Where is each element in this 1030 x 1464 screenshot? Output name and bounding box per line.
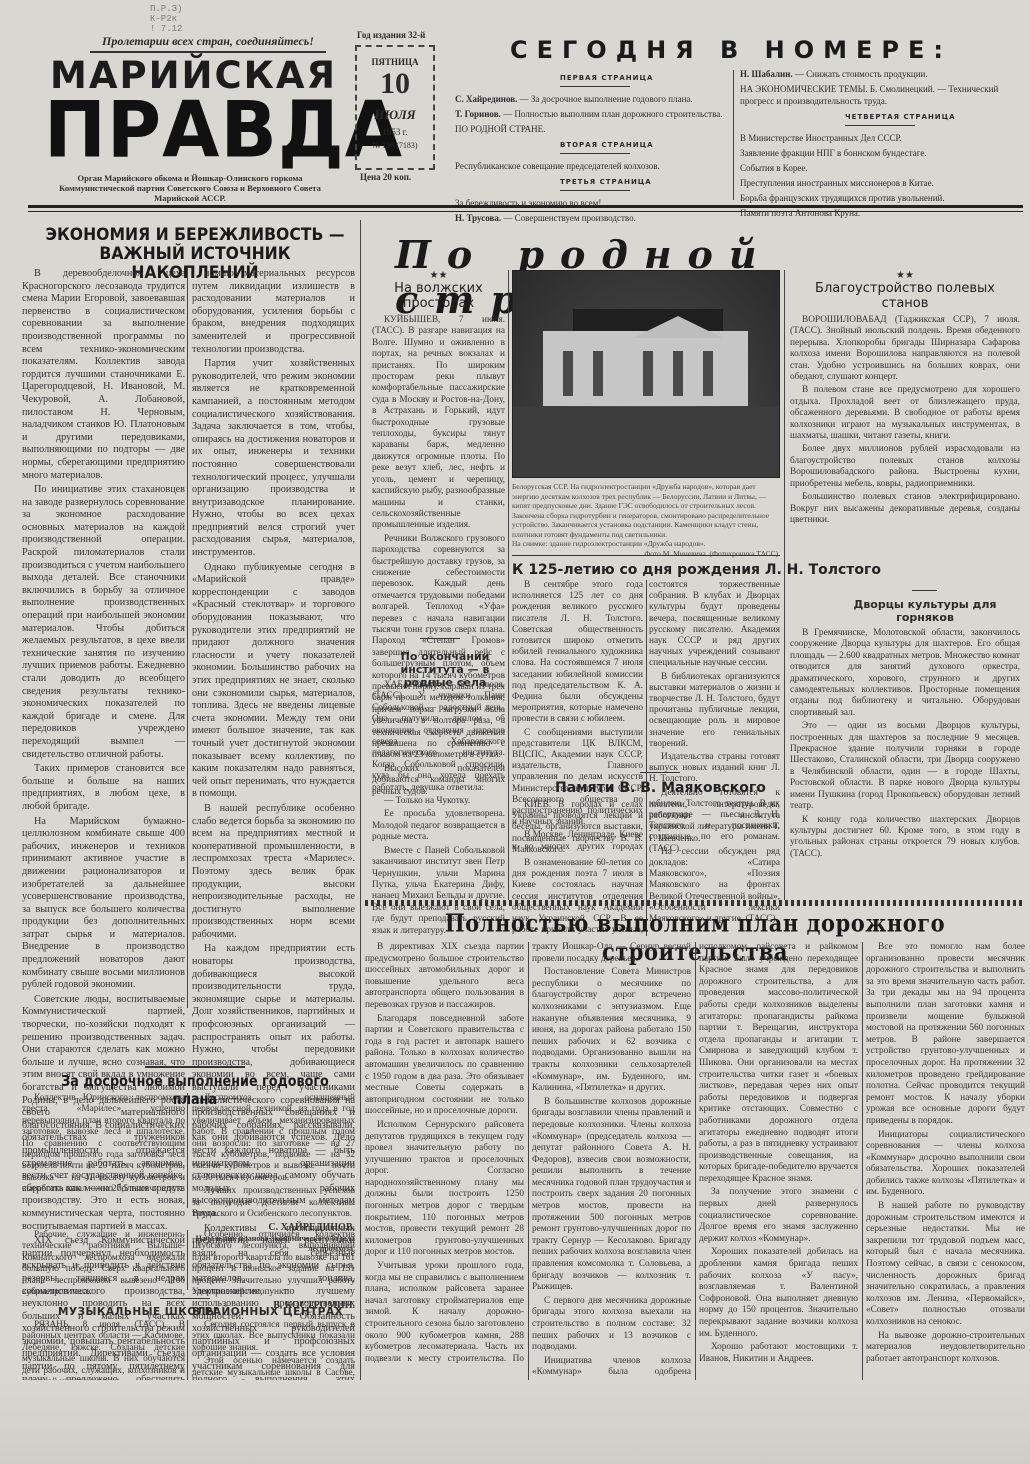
stamp-line: К-Р2к [150,14,182,24]
toc-text: ПО РОДНОЙ СТРАНЕ. [455,124,545,134]
paragraph: Инициаторы социалистического соревновани… [866,1130,1025,1200]
year-of-publication: Год издания 32-й [357,30,425,40]
toc-page-heading: ПЕРВАЯ СТРАНИЦА [560,72,630,87]
photo-window [673,351,683,396]
paragraph: КИЕВ. В городах и селах Украины проводят… [512,800,643,856]
caption-text: На снимке: здание гидроэлектростанции «Д… [512,539,780,549]
toc-item[interactable]: События в Корее. [740,162,1020,174]
toc-page-heading: ВТОРАЯ СТРАНИЦА [560,139,630,154]
paragraph: Это — один из восьми Дворцов культуры, п… [790,721,1020,812]
plan-col-1: Коллектив Юринского леспромхоза треста «… [22,1093,185,1198]
toc-item[interactable]: С. Хайрединов. — За досрочное выполнение… [455,93,735,105]
paragraph: На Марийском бумажно-целлюлозном комбина… [22,816,185,992]
music-headline-right: В РАЙОННЫХ ЦЕНТРАХ [192,1306,502,1318]
article-headline: Дворцы культуры для горняков [850,598,1000,624]
column-divider [187,1320,188,1380]
article-blagoustroistvo: ★★ Благоустройство полевых станов ВОРОШИ… [790,270,1020,528]
paragraph: В полевом стане все предусмотрено для хо… [790,385,1020,442]
divider [640,772,680,773]
page-margin [0,1380,1030,1464]
column-divider [784,270,785,900]
divider [160,1298,210,1299]
masthead-rule [28,205,1023,208]
paragraph: В деревообделочном цехе Красногорского л… [22,268,185,482]
archive-stamp: П.Р.З) К-Р2к ! 7.12 [150,4,182,34]
toc-text: — Полностью выполним план дорожного стро… [503,109,722,119]
paragraph: По инициативе этих стахановцев на заводе… [22,484,185,761]
toc-text: НА ЭКОНОМИЧЕСКИЕ ТЕМЫ. Б. Смолинецкий. —… [740,84,998,106]
paragraph: В директивах XIX съезда партии предусмот… [365,942,524,1012]
stamp-line: ! 7.12 [150,24,182,34]
paragraph: Исполком Сернурского райсовета депутатов… [365,1120,524,1259]
toc-author: Т. Горинов. [455,109,501,119]
paragraph: Коллектив Юринского леспромхоза треста «… [22,1093,185,1196]
article-dvorcy: В Гремячинске, Молотовской области, зако… [790,628,1020,862]
toc-item[interactable]: Т. Горинов. — Полностью выполним план до… [455,108,735,120]
paragraph: ВОРОШИЛОВАБАД (Таджикская ССР), 7 июля. … [790,315,1020,383]
photo-credit: Фото М. Миневича. (Фотохроника ТАСС). [512,549,780,559]
caption-text: Белорусская ССР. На гидроэлектростанции … [512,482,780,539]
toc-item[interactable]: НА ЭКОНОМИЧЕСКИЕ ТЕМЫ. Б. Смолинецкий. —… [740,83,1020,107]
column-divider [187,1230,188,1290]
paragraph: Таких примеров становится все больше и б… [22,763,185,813]
toc-author: Н. Шабалин. [740,69,793,79]
paragraph: В Гремячинске, Молотовской области, зако… [790,628,1020,719]
divider [912,590,937,591]
paragraph: — Только на Чукотку. [372,796,505,807]
paragraph: Рабочие, служащие и инженерно-технически… [22,1230,185,1298]
paragraph: К концу года количество шахтерских Дворц… [790,815,1020,861]
paragraph: На вывозке дорожно-строительных материал… [866,1331,1025,1366]
paragraph: В большинстве колхозов дорожные бригады … [532,1097,691,1294]
column-divider [187,1093,188,1208]
plan-col-1b: Рабочие, служащие и инженерно-технически… [22,1230,185,1300]
paragraph: ХАБАРОВСК, 8 июля. (ТАСС). У чуванки Пан… [372,680,505,794]
toc-item[interactable]: В Министерстве Иностранных Дел СССР. [740,132,1020,144]
photo-window [593,351,603,396]
photo-pediment [633,316,723,338]
paragraph: Хорошо работают мостовщики т. Иванов, Ни… [699,1342,858,1365]
paragraph: Постановление Совета Министров республик… [532,967,691,1095]
paragraph: С первого дня месячника дорожные бригады… [532,1296,691,1354]
toc-text: — Снижать стоимость продукции. [795,69,928,79]
paragraph: Хороших показателей добилась на дроблени… [699,1247,858,1340]
plan-col-2b: Особенно отличился коллектив Шубского ле… [192,1230,355,1312]
toc-page-heading: ЧЕТВЕРТАЯ СТРАНИЦА [845,111,915,126]
masthead-rule-thin [28,211,1023,212]
paragraph: Партия учит хозяйственных руководителей,… [192,358,355,560]
column-divider [187,268,188,1008]
divider [420,638,460,639]
paragraph: номию материальных ресурсов путем ликвид… [192,268,355,356]
article-headline: К 125-летию со дня рождения Л. Н. Толсто… [512,562,782,578]
toc-item[interactable]: Борьба французских трудящихся против уво… [740,192,1020,204]
date-box: ПЯТНИЦА 10 ИЮЛЯ 1953 г. № 136 (7183) [355,45,435,170]
stamp-line: П.Р.З) [150,4,182,14]
toc-item[interactable]: Республиканское совещание председателей … [455,160,735,172]
toc-right-column: Н. Шабалин. — Снижать стоимость продукци… [740,68,1020,222]
weekday: ПЯТНИЦА [357,57,433,67]
section-divider [360,220,361,1400]
paragraph: В библиотеках организуются выставки мате… [649,672,780,750]
paragraph: Однако публикуемые сегодня в «Марийской … [192,562,355,801]
paragraph: Большинство полевых станов электрифициро… [790,492,1020,526]
photo-window [703,351,713,396]
paragraph: Все это помогло нам более организованно … [866,942,1025,1128]
article-body: ВОРОШИЛОВАБАД (Таджикская ССР), 7 июля. … [790,315,1020,526]
issue-number: № 136 (7183) [357,141,433,150]
paragraph: Сегодня состоялся первый выпуск в этих ш… [192,1320,355,1354]
toc-item[interactable]: Преступления иностранных миссионеров в К… [740,177,1020,189]
wavy-divider [365,900,1025,906]
paragraph: Лучших производственных успехов за полуг… [192,1186,355,1220]
paragraph: КУЙБЫШЕВ, 7 июля. (ТАСС). В разгаре нави… [372,315,505,532]
stars-icon: ★★ [790,270,1020,281]
toc-title: СЕГОДНЯ В НОМЕРЕ: [510,36,952,64]
month: ИЮЛЯ [357,107,433,123]
photo-window [643,351,653,396]
year: 1953 г. [357,127,433,137]
article-headline: Памяти В. В. Маяковского [555,780,766,796]
price: Цена 20 коп. [360,172,411,182]
paragraph: Благодаря повседневной заботе партии и С… [365,1014,524,1118]
paragraph: Более двух миллионов рублей израсходовал… [790,444,1020,490]
toc-left-column: ПЕРВАЯ СТРАНИЦА С. Хайрединов. — За доср… [455,68,735,227]
photo-hydroelectric-station [512,270,780,478]
toc-item[interactable]: ПО РОДНОЙ СТРАНЕ. [455,123,735,135]
article-headline: На волжских просторах [372,281,505,311]
toc-author: С. Хайрединов. [455,94,517,104]
toc-item[interactable]: Памяти поэта Антонова Круна. [740,207,1020,219]
toc-author: Н. Трусова. [455,213,501,223]
ornament-divider [145,1066,245,1068]
toc-divider [733,70,734,200]
paragraph: РЯЗАНЬ, 8 июля. (ТАСС). В районных центр… [22,1320,185,1388]
divider [512,555,780,556]
toc-item[interactable]: Н. Трусова. — Совершенствуем производств… [455,212,735,224]
paragraph: За получение этого знамени с первых дней… [699,1187,858,1245]
photo-window [563,351,573,396]
stars-icon: ★★ [372,270,505,281]
paragraph: В сентябре этого года исполняется 125 ле… [512,580,643,726]
paragraph: Особенно отличился коллектив Шубского ле… [192,1230,355,1298]
toc-item[interactable]: Н. Шабалин. — Снижать стоимость продукци… [740,68,1020,80]
organ-subtitle: Орган Марийского обкома и Йошкар-Олинско… [50,173,330,203]
toc-text: — Совершенствуем производство. [503,213,635,223]
toc-item[interactable]: Заявление фракции НПГ в боннском бундест… [740,147,1020,159]
paragraph: В нашей работе по руководству дорожным с… [866,1201,1025,1329]
photo-ground [513,407,779,477]
article-headline: Благоустройство полевых станов [790,281,1020,311]
paragraph: Леспромхоз, оснащенный первоклассной тех… [192,1093,355,1184]
day-number: 10 [357,67,433,101]
paragraph: Ее просьба удовлетворена. Молодой педаго… [372,809,505,843]
toc-text: Республиканское совещание председателей … [455,161,660,171]
photo-caption: Белорусская ССР. На гидроэлектростанции … [512,482,780,558]
toc-text: — За досрочное выполнение годового плана… [520,94,693,104]
newspaper-title-main: ПРАВДА [44,90,334,170]
toc-page-heading: ТРЕТЬЯ СТРАНИЦА [560,176,630,191]
column-divider [508,270,509,900]
slogan: Пролетарии всех стран, соединяйтесь! [90,34,326,53]
paragraph: В нашей республике особенно слабо ведетс… [192,803,355,942]
